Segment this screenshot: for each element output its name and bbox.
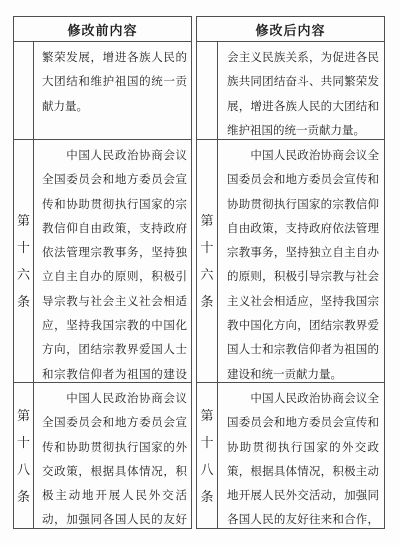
article-number: 第十六条 xyxy=(200,207,214,315)
cell-content: 中国人民政治协商会议全国委员会和地方委员会宣传和协助贯彻执行国家的宗教信仰自由政… xyxy=(218,140,384,382)
article-number-cell: 第十六条 xyxy=(14,140,34,382)
cell-text: 中国人民政治协商会议全国委员会和地方委员会宣传和协助贯彻执行国家的外交政策，根据… xyxy=(42,393,187,528)
document-page: 修改前内容 繁荣发展，增进各族人民的大团结和维护祖国的统一贡献力量。 第十六条 … xyxy=(0,0,400,545)
cell-content: 中国人民政治协商会议全国委员会和地方委员会宣传和协助贯彻执行国家的外交政策，根据… xyxy=(34,383,191,528)
article-number-cell xyxy=(197,42,218,139)
before-modification-table: 修改前内容 繁荣发展，增进各族人民的大团结和维护祖国的统一贡献力量。 第十六条 … xyxy=(13,16,192,529)
article-number-cell xyxy=(14,42,34,139)
cell-content: 会主义民族关系，为促进各民族共同团结奋斗、共同繁荣发展，增进各族人民的大团结和维… xyxy=(218,42,384,139)
table-row: 会主义民族关系，为促进各民族共同团结奋斗、共同繁荣发展，增进各族人民的大团结和维… xyxy=(197,42,384,139)
table-row: 第十八条 中国人民政治协商会议全国委员会和地方委员会宣传和协助贯彻执行国家的外交… xyxy=(197,382,384,528)
before-column-header: 修改前内容 xyxy=(14,17,191,42)
after-modification-table: 修改后内容 会主义民族关系，为促进各民族共同团结奋斗、共同繁荣发展，增进各族人民… xyxy=(196,16,385,529)
after-column-header: 修改后内容 xyxy=(197,17,384,42)
comparison-table: 修改前内容 繁荣发展，增进各族人民的大团结和维护祖国的统一贡献力量。 第十六条 … xyxy=(13,16,385,529)
table-row: 繁荣发展，增进各族人民的大团结和维护祖国的统一贡献力量。 xyxy=(14,42,191,139)
table-row: 第十六条 中国人民政治协商会议全国委员会和地方委员会宣传和协助贯彻执行国家的宗教… xyxy=(14,139,191,382)
cell-text: 中国人民政治协商会议全国委员会和地方委员会宣传和协助贯彻执行国家的宗教信仰自由政… xyxy=(227,150,379,381)
cell-text: 中国人民政治协商会议全国委员会和地方委员会宣传和协助贯彻执行国家的外交政策，根据… xyxy=(227,393,379,526)
article-number-cell: 第十八条 xyxy=(197,383,218,528)
cell-content: 中国人民政治协商会议全国委员会和地方委员会宣传和协助贯彻执行国家的宗教信仰自由政… xyxy=(34,140,191,382)
cell-text: 中国人民政治协商会议全国委员会和地方委员会宣传和协助贯彻执行国家的宗教信仰自由政… xyxy=(42,150,187,382)
table-row: 第十八条 中国人民政治协商会议全国委员会和地方委员会宣传和协助贯彻执行国家的外交… xyxy=(14,382,191,528)
cell-text: 会主义民族关系，为促进各民族共同团结奋斗、共同繁荣发展，增进各族人民的大团结和维… xyxy=(227,52,379,137)
cell-content: 繁荣发展，增进各族人民的大团结和维护祖国的统一贡献力量。 xyxy=(34,42,191,139)
article-number-cell: 第十六条 xyxy=(197,140,218,382)
cell-content: 中国人民政治协商会议全国委员会和地方委员会宣传和协助贯彻执行国家的外交政策，根据… xyxy=(218,383,384,528)
article-number: 第十八条 xyxy=(200,402,214,510)
table-row: 第十六条 中国人民政治协商会议全国委员会和地方委员会宣传和协助贯彻执行国家的宗教… xyxy=(197,139,384,382)
article-number: 第十八条 xyxy=(17,402,31,510)
article-number-cell: 第十八条 xyxy=(14,383,34,528)
article-number: 第十六条 xyxy=(17,207,31,315)
cell-text: 繁荣发展，增进各族人民的大团结和维护祖国的统一贡献力量。 xyxy=(42,52,187,113)
